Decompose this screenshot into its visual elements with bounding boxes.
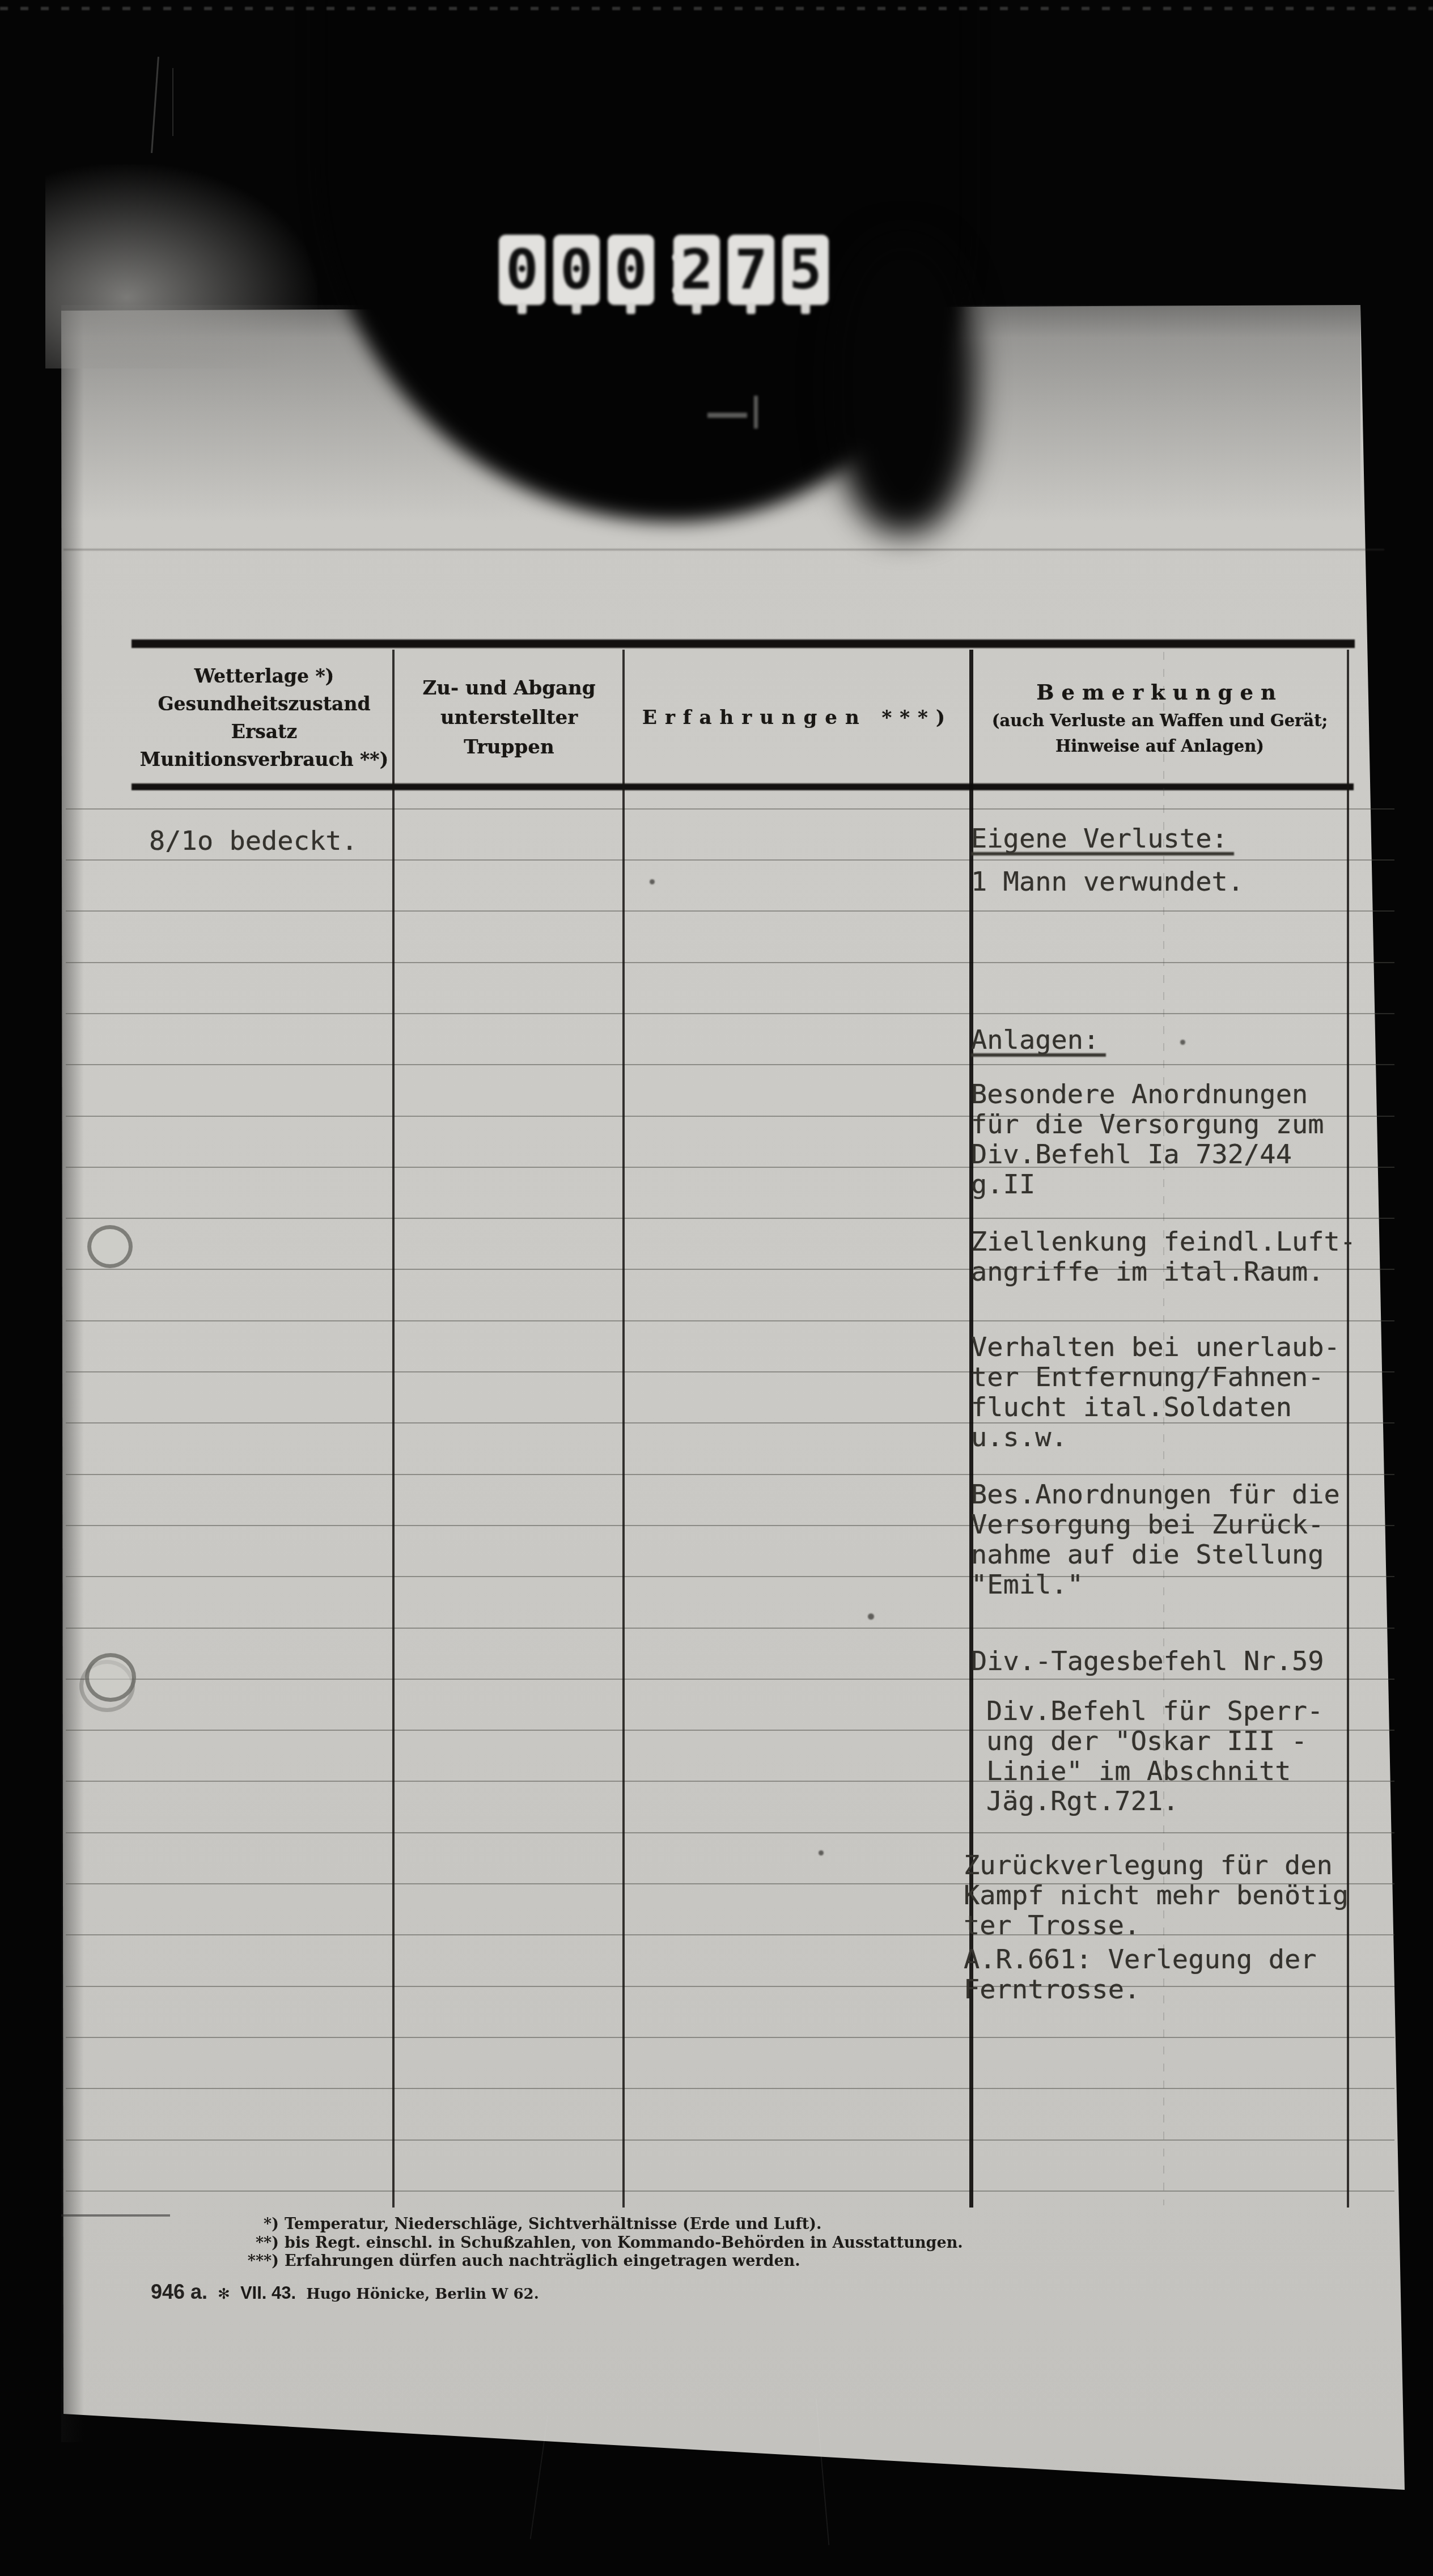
- typed-line: Div.Befehl Ia 732/44: [971, 1139, 1324, 1170]
- typed-block: Verhalten bei unerlaub-ter Entfernung/Fa…: [971, 1332, 1340, 1452]
- column-divider: [392, 650, 395, 2208]
- page-top-edge: [63, 549, 1384, 550]
- typed-block: Ziellenkung feindl.Luft-angriffe im ital…: [971, 1227, 1356, 1287]
- counter-digit: 0: [614, 238, 647, 302]
- film-light-leak: [45, 164, 317, 368]
- header-cell-bemerkungen: Bemerkungen(auch Verluste an Waffen und …: [974, 652, 1346, 783]
- typed-line: Verhalten bei unerlaub-: [971, 1332, 1340, 1362]
- footnotes: *)Temperatur, Niederschläge, Sichtverhäl…: [237, 2215, 963, 2271]
- form-publisher: Hugo Hönicke, Berlin W 62.: [306, 2286, 539, 2303]
- typed-block: Anlagen:: [971, 1025, 1099, 1055]
- ruled-line: [66, 1064, 1394, 1065]
- counter-wheel: 7: [728, 235, 774, 305]
- ruled-line: [66, 1013, 1394, 1014]
- page-left-edge-shadow: [61, 311, 84, 2442]
- ruled-line: [66, 962, 1394, 963]
- ruled-line: [66, 2139, 1394, 2141]
- counter-wheel: 0: [553, 235, 600, 305]
- column-divider: [622, 650, 625, 2208]
- footnote-marker: *): [237, 2215, 279, 2234]
- footnote-marker: ***): [237, 2252, 279, 2271]
- counter-wheel: 0: [608, 235, 654, 305]
- header-cell-wetterlage: Wetterlage *)GesundheitszustandErsatzMun…: [136, 652, 392, 783]
- footnote-line: **)bis Regt. einschl. in Schußzahlen, vo…: [237, 2234, 963, 2253]
- typed-line: angriffe im ital.Raum.: [971, 1257, 1356, 1287]
- table-right-border: [1347, 650, 1349, 2208]
- typed-line: Ferntrosse.: [964, 1975, 1317, 2005]
- footnote-marker: **): [237, 2234, 279, 2253]
- typed-line: Bes.Anordnungen für die: [971, 1480, 1340, 1510]
- typed-line: Ziellenkung feindl.Luft-: [971, 1227, 1356, 1257]
- typed-line: Anlagen:: [971, 1025, 1099, 1055]
- footnote-text: Temperatur, Niederschläge, Sichtverhältn…: [285, 2215, 822, 2234]
- counter-colon-artifact: [672, 254, 679, 294]
- table-header-border: [132, 783, 1354, 790]
- typed-line: Zurückverlegung für den: [964, 1850, 1349, 1880]
- typed-line: für die Versorgung zum: [971, 1109, 1324, 1139]
- footnote-line: ***)Erfahrungen dürfen auch nachträglich…: [237, 2252, 963, 2271]
- header-cell-erfahrungen: Erfahrungen ***): [627, 652, 968, 783]
- punch-hole: [85, 1653, 136, 1702]
- counter-smudge: [707, 413, 747, 418]
- typed-entry-weather: 8/1o bedeckt.: [149, 826, 358, 856]
- ruled-line: [66, 808, 1394, 810]
- header-line: Munitionsverbrauch **): [140, 745, 389, 773]
- footnote-text: bis Regt. einschl. in Schußzahlen, von K…: [285, 2234, 963, 2253]
- header-line: unterstellter Truppen: [397, 703, 621, 762]
- ruled-line: [66, 2088, 1394, 2089]
- counter-smudge: [754, 396, 758, 429]
- table-top-border: [132, 639, 1355, 648]
- header-line: Bemerkungen: [1036, 676, 1283, 708]
- punch-hole: [87, 1225, 133, 1268]
- ruled-line: [66, 910, 1394, 912]
- header-line: Zu- und Abgang: [423, 673, 596, 703]
- typed-line: g.II: [971, 1170, 1324, 1200]
- form-imprint: 946 a. ✻ VII. 43. Hugo Hönicke, Berlin W…: [151, 2280, 539, 2304]
- counter-wheel: 5: [782, 235, 829, 305]
- typed-line: ter Entfernung/Fahnen-: [971, 1362, 1340, 1392]
- counter-digit: 2: [680, 238, 713, 302]
- typed-block: Div.Befehl für Sperr-ung der "Oskar III …: [986, 1696, 1323, 1816]
- typed-block: Div.-Tagesbefehl Nr.59: [971, 1646, 1324, 1676]
- footnote-line: *)Temperatur, Niederschläge, Sichtverhäl…: [237, 2215, 963, 2234]
- typed-line: nahme auf die Stellung: [971, 1540, 1340, 1570]
- ruled-line: [66, 1628, 1394, 1629]
- typed-line: Kampf nicht mehr benötig: [964, 1880, 1349, 1910]
- typed-line: ter Trosse.: [964, 1910, 1349, 1941]
- typed-line: A.R.661: Verlegung der: [964, 1944, 1317, 1975]
- ruled-line: [66, 1320, 1394, 1321]
- form-edition: VII. 43.: [240, 2283, 296, 2303]
- typed-block: 1 Mann verwundet.: [971, 867, 1244, 897]
- header-line: Hinweise auf Anlagen): [1055, 734, 1264, 759]
- ink-speck: [1180, 1040, 1185, 1045]
- ruled-line: [66, 859, 1394, 861]
- footnote-separator: [61, 2214, 170, 2217]
- counter-digit: 0: [506, 238, 539, 302]
- film-scratch: [172, 68, 173, 136]
- header-line: Gesundheitszustand: [158, 690, 370, 718]
- ink-speck: [819, 1850, 824, 1855]
- ruled-line: [66, 2191, 1394, 2192]
- typed-line: ung der "Oskar III -: [986, 1726, 1323, 1756]
- counter-device-shadow-tail: [833, 238, 975, 533]
- typed-line: Eigene Verluste:: [971, 824, 1228, 854]
- header-line: Erfahrungen ***): [642, 706, 953, 729]
- microfilm-frame: 000275 Wetterlage *)GesundheitszustandEr…: [0, 0, 1433, 2576]
- ink-speck: [650, 879, 655, 884]
- typed-line: Versorgung bei Zurück-: [971, 1510, 1340, 1540]
- typed-line: "Emil.": [971, 1570, 1340, 1600]
- typed-line: 1 Mann verwundet.: [971, 867, 1244, 897]
- typed-line: Linie" im Abschnitt: [986, 1756, 1323, 1786]
- typed-block: Eigene Verluste:: [971, 824, 1228, 854]
- typed-line: Besondere Anordnungen: [971, 1079, 1324, 1109]
- typed-line: Div.-Tagesbefehl Nr.59: [971, 1646, 1324, 1676]
- counter-digit: 7: [735, 238, 768, 302]
- typed-block: Besondere Anordnungenfür die Versorgung …: [971, 1079, 1324, 1200]
- typed-underline: [971, 1053, 1106, 1057]
- header-line: Wetterlage *): [194, 662, 334, 690]
- counter-wheel: 0: [499, 235, 545, 305]
- typed-line: u.s.w.: [971, 1422, 1340, 1452]
- ruled-line: [66, 1679, 1394, 1680]
- counter-digit: 5: [789, 238, 822, 302]
- ruled-line: [66, 1218, 1394, 1219]
- header-cell-zugang: Zu- und Abgangunterstellter Truppen: [397, 652, 621, 783]
- counter-wheel: 2: [673, 235, 720, 305]
- typed-line: Div.Befehl für Sperr-: [986, 1696, 1323, 1726]
- typed-block: Zurückverlegung für denKampf nicht mehr …: [964, 1850, 1349, 1941]
- ruled-line: [66, 1832, 1394, 1833]
- typed-line: Jäg.Rgt.721.: [986, 1786, 1323, 1816]
- typed-line: flucht ital.Soldaten: [971, 1392, 1340, 1422]
- frame-counter: 000275: [499, 235, 837, 305]
- ink-speck: [868, 1613, 874, 1620]
- header-line: (auch Verluste an Waffen und Gerät;: [992, 708, 1328, 734]
- typed-block: A.R.661: Verlegung derFerntrosse.: [964, 1944, 1317, 2005]
- typed-block: Bes.Anordnungen für dieVersorgung bei Zu…: [971, 1480, 1340, 1600]
- imprint-star: ✻: [218, 2286, 230, 2303]
- counter-digit: 0: [560, 238, 593, 302]
- header-line: Ersatz: [231, 718, 297, 745]
- typed-underline: [971, 852, 1234, 855]
- form-number: 946 a.: [151, 2280, 207, 2304]
- ruled-line: [66, 2037, 1394, 2038]
- film-scratch-line: [0, 7, 1433, 10]
- ruled-line: [66, 1474, 1394, 1475]
- footnote-text: Erfahrungen dürfen auch nachträglich ein…: [285, 2252, 800, 2271]
